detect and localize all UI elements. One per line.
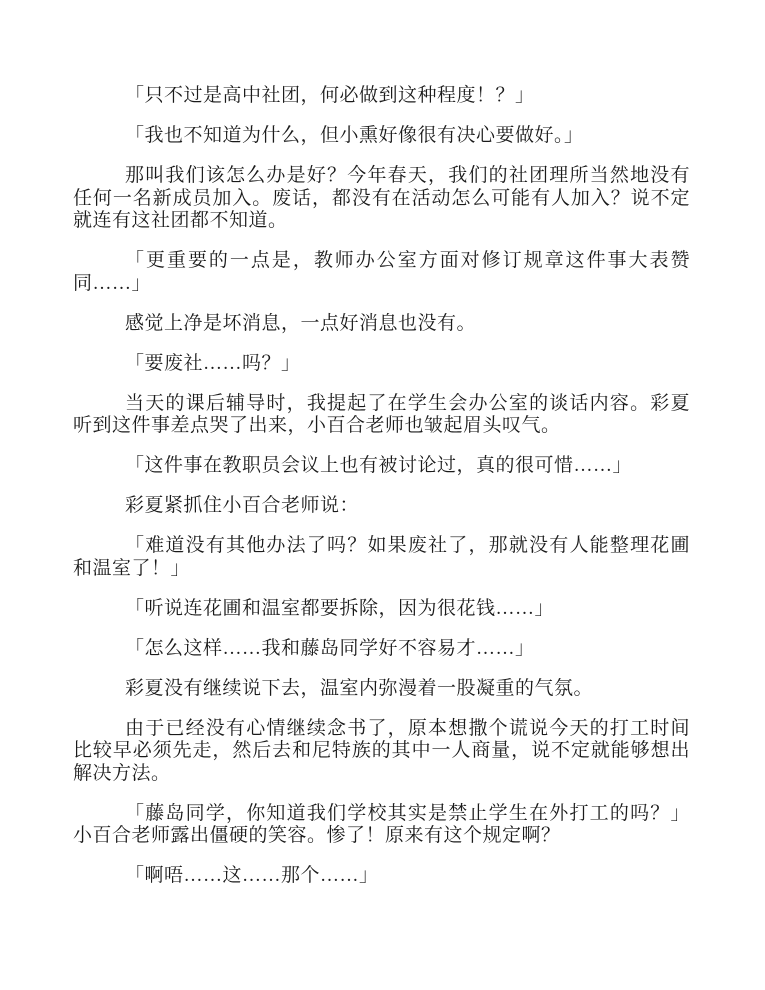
paragraph-5: 感觉上净是坏消息，一点好消息也没有。 (73, 313, 690, 336)
paragraph-15: 「藤岛同学，你知道我们学校其实是禁止学生在外打工的吗？」小百合老师露出僵硬的笑容… (73, 803, 690, 848)
paragraph-6: 「要废社……吗？」 (73, 353, 690, 376)
paragraph-3: 那叫我们该怎么办是好？今年春天，我们的社团理所当然地没有任何一名新成员加入。废话… (73, 165, 690, 233)
paragraph-14: 由于已经没有心情继续念书了，原本想撒个谎说今天的打工时间比较早必须先走，然后去和… (73, 718, 690, 786)
paragraph-11: 「听说连花圃和温室都要拆除，因为很花钱……」 (73, 598, 690, 621)
paragraph-12: 「怎么这样……我和藤岛同学好不容易才……」 (73, 638, 690, 661)
paragraph-13: 彩夏没有继续说下去，温室内弥漫着一股凝重的气氛。 (73, 678, 690, 701)
paragraph-9: 彩夏紧抓住小百合老师说： (73, 495, 690, 518)
paragraph-1: 「只不过是高中社团，何必做到这种程度！？」 (73, 85, 690, 108)
paragraph-8: 「这件事在教职员会议上也有被讨论过，真的很可惜……」 (73, 455, 690, 478)
paragraph-7: 当天的课后辅导时，我提起了在学生会办公室的谈话内容。彩夏听到这件事差点哭了出来，… (73, 393, 690, 438)
text-block: 「只不过是高中社团，何必做到这种程度！？」 「我也不知道为什么，但小熏好像很有决… (73, 85, 690, 888)
paragraph-4: 「更重要的一点是，教师办公室方面对修订规章这件事大表赞同……」 (73, 250, 690, 295)
paragraph-2: 「我也不知道为什么，但小熏好像很有决心要做好。」 (73, 125, 690, 148)
paragraph-10: 「难道没有其他办法了吗？如果废社了，那就没有人能整理花圃和温室了！」 (73, 535, 690, 580)
paragraph-16: 「啊唔……这……那个……」 (73, 865, 690, 888)
novel-page: 「只不过是高中社团，何必做到这种程度！？」 「我也不知道为什么，但小熏好像很有决… (0, 0, 765, 990)
